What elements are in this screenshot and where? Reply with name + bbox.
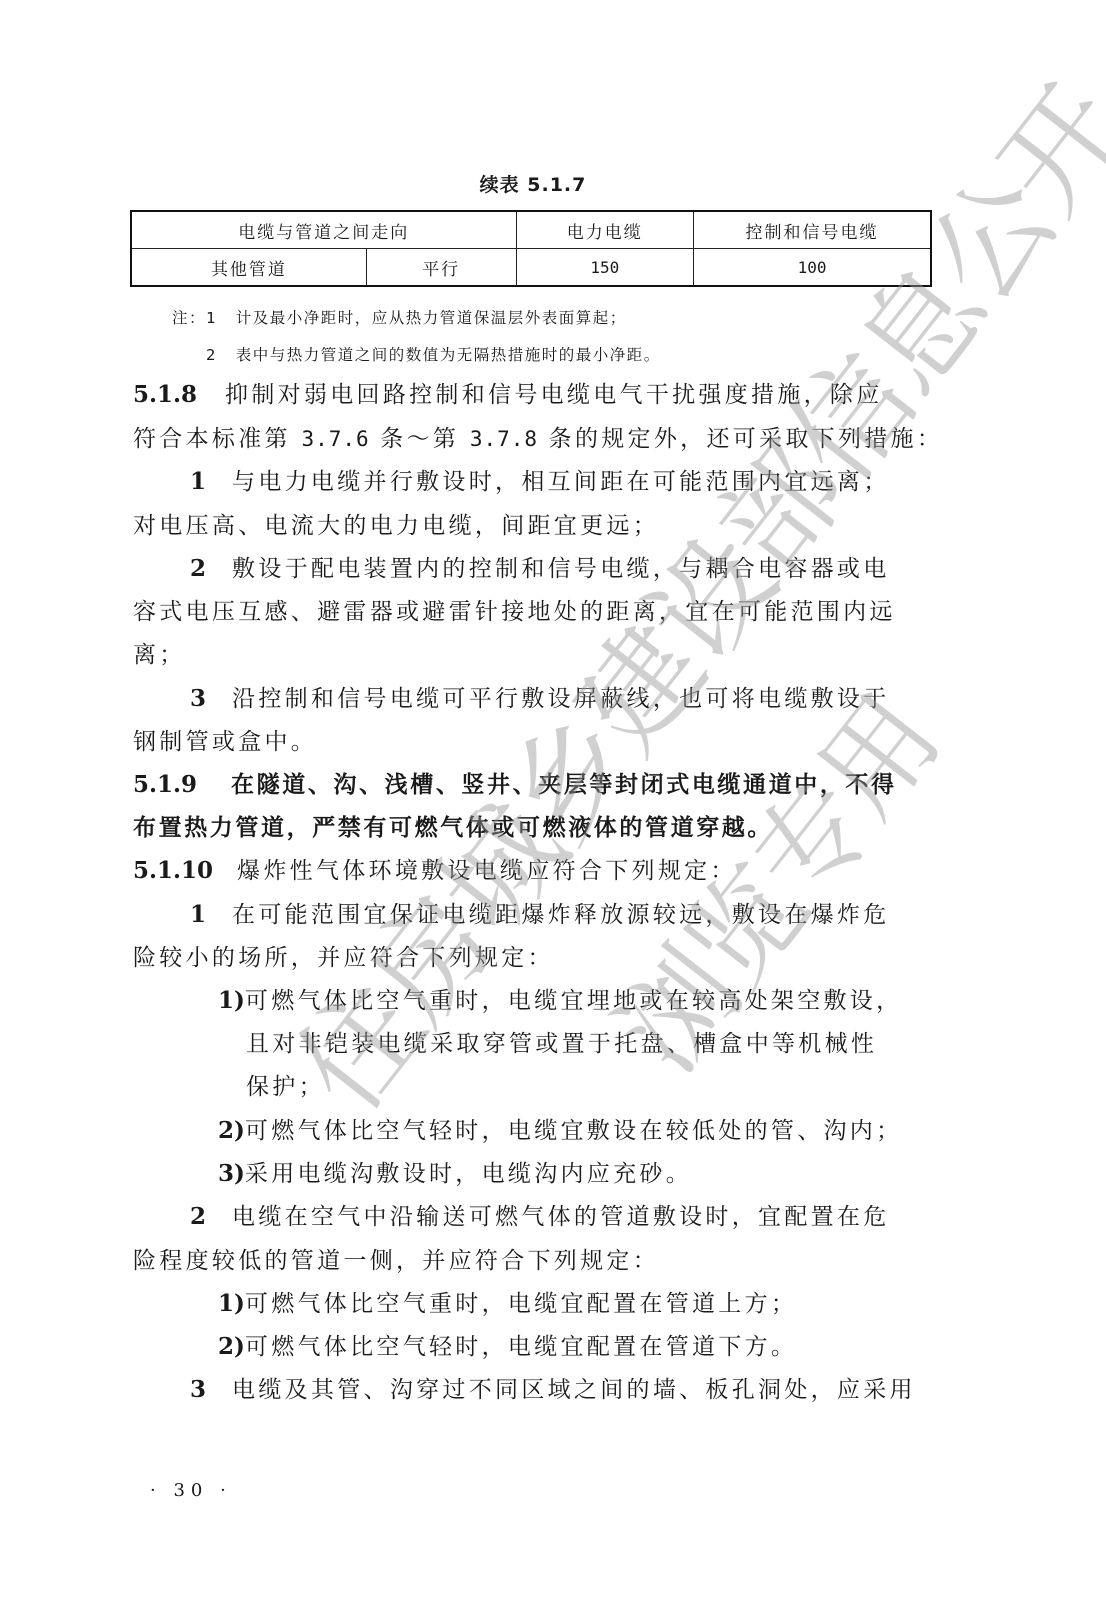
clause-number: 5.1.8: [133, 381, 197, 408]
cell-direction: 平行: [366, 249, 516, 287]
item-text: 电缆在空气中沿输送可燃气体的管道敷设时，宜配置在危: [232, 1204, 890, 1230]
item-text: 离；: [133, 642, 186, 668]
sub-item-number: 2): [218, 1333, 245, 1360]
clause-5-1-8: 5.1.8抑制对弱电回路控制和信号电缆电气干扰强度措施，除应: [133, 380, 933, 410]
item-number: 1: [190, 901, 206, 928]
sub-item-text: 采用电缆沟敷设时，电缆沟内应充砂。: [245, 1161, 692, 1187]
item-number: 3: [190, 1376, 206, 1403]
clause-text: 条～第: [380, 426, 459, 452]
sub-item-number: 1): [218, 987, 245, 1014]
sub-item-text: 保护；: [246, 1074, 325, 1100]
sub-item-number: 3): [218, 1160, 245, 1187]
cell-control-signal-cable: 100: [694, 249, 931, 287]
item-1-cont: 对电压高、电流大的电力电缆，间距宜更远；: [133, 511, 933, 541]
header-control-signal-cable: 控制和信号电缆: [694, 211, 931, 249]
item-number: 1: [190, 468, 206, 495]
page-number: · 30 ·: [150, 1480, 232, 1501]
table-note-2: 2 表中与热力管道之间的数值为无隔热措施时的最小净距。: [206, 343, 661, 365]
clause-text: 布置热力管道，严禁有可燃气体或可燃液体的管道穿越。: [133, 815, 773, 841]
header-direction: 电缆与管道之间走向: [131, 211, 516, 249]
item-3-cont: 钢制管或盒中。: [133, 727, 933, 757]
item-2-cont: 容式电压互感、避雷器或避雷针接地处的距离，宜在可能范围内远: [133, 597, 933, 627]
item-text: 沿控制和信号电缆可平行敷设屏蔽线，也可将电缆敷设于: [232, 686, 890, 712]
clause-5-1-8-cont: 符合本标准第 3.7.6 条～第 3.7.8 条的规定外，还可采取下列措施：: [133, 424, 933, 454]
sub-item-1: 1)可燃气体比空气重时，电缆宜配置在管道上方；: [218, 1289, 1018, 1319]
sub-item-1: 1)可燃气体比空气重时，电缆宜埋地或在较高处架空敷设，: [218, 986, 1018, 1016]
item-number: 2: [190, 1203, 206, 1230]
clause-text: 符合本标准第: [133, 426, 291, 452]
item-1: 1在可能范围宜保证电缆距爆炸释放源较远，敷设在爆炸危: [190, 900, 990, 930]
note-number: 2: [206, 346, 215, 364]
item-text: 险程度较低的管道一侧，并应符合下列规定：: [133, 1248, 659, 1274]
sub-item-2: 2)可燃气体比空气轻时，电缆宜敷设在较低处的管、沟内；: [218, 1116, 1018, 1146]
note-number: 1: [206, 309, 215, 327]
clause-text: 在隧道、沟、浅槽、竖井、夹层等封闭式电缆通道中，不得: [231, 772, 897, 798]
item-text: 敷设于配电装置内的控制和信号电缆，与耦合电容器或电: [232, 556, 890, 582]
item-text: 钢制管或盒中。: [133, 729, 317, 755]
clause-text: 条的规定外，还可采取下列措施：: [549, 426, 944, 452]
sub-item-2: 2)可燃气体比空气轻时，电缆宜配置在管道下方。: [218, 1332, 1018, 1362]
sub-item-1-cont2: 保护；: [246, 1072, 1046, 1102]
sub-item-number: 2): [218, 1117, 245, 1144]
item-text: 在可能范围宜保证电缆距爆炸释放源较远，敷设在爆炸危: [232, 902, 890, 928]
clause-5-1-10: 5.1.10爆炸性气体环境敷设电缆应符合下列规定：: [133, 856, 933, 886]
clause-5-1-9: 5.1.9在隧道、沟、浅槽、竖井、夹层等封闭式电缆通道中，不得: [133, 770, 933, 800]
sub-item-1-cont: 且对非铠装电缆采取穿管或置于托盘、槽盒中等机械性: [246, 1029, 1046, 1059]
item-2-cont2: 离；: [133, 640, 933, 670]
clause-5-1-9-cont: 布置热力管道，严禁有可燃气体或可燃液体的管道穿越。: [133, 813, 933, 843]
document-page: 续表 5.1.7 电缆与管道之间走向 电力电缆 控制和信号电缆 其他管道 平行 …: [0, 0, 1106, 1598]
sub-item-number: 1): [218, 1290, 245, 1317]
item-number: 2: [190, 555, 206, 582]
sub-item-3: 3)采用电缆沟敷设时，电缆沟内应充砂。: [218, 1159, 1018, 1189]
clause-text: 抑制对弱电回路控制和信号电缆电气干扰强度措施，除应: [225, 382, 883, 408]
clause-number: 5.1.9: [133, 771, 197, 798]
note-text: 计及最小净距时，应从热力管道保温层外表面算起；: [236, 309, 627, 327]
table-row: 其他管道 平行 150 100: [131, 249, 931, 287]
spacing-table: 电缆与管道之间走向 电力电缆 控制和信号电缆 其他管道 平行 150 100: [130, 210, 932, 287]
item-3: 3电缆及其管、沟穿过不同区域之间的墙、板孔洞处，应采用: [190, 1375, 990, 1405]
item-text: 电缆及其管、沟穿过不同区域之间的墙、板孔洞处，应采用: [232, 1377, 916, 1403]
note-text: 表中与热力管道之间的数值为无隔热措施时的最小净距。: [236, 346, 661, 364]
cell-power-cable: 150: [516, 249, 694, 287]
sub-item-text: 可燃气体比空气轻时，电缆宜敷设在较低处的管、沟内；: [245, 1118, 903, 1144]
clause-reference: 3.7.8: [470, 427, 538, 451]
item-1: 1与电力电缆并行敷设时，相互间距在可能范围内宜远离；: [190, 467, 990, 497]
clause-text: 爆炸性气体环境敷设电缆应符合下列规定：: [237, 858, 737, 884]
item-text: 险较小的场所，并应符合下列规定：: [133, 945, 554, 971]
table-note-1: 注：1 计及最小净距时，应从热力管道保温层外表面算起；: [172, 306, 627, 328]
header-power-cable: 电力电缆: [516, 211, 694, 249]
note-prefix: 注：: [172, 309, 206, 327]
sub-item-text: 可燃气体比空气重时，电缆宜配置在管道上方；: [245, 1291, 797, 1317]
item-text: 容式电压互感、避雷器或避雷针接地处的距离，宜在可能范围内远: [133, 599, 896, 625]
sub-item-text: 可燃气体比空气轻时，电缆宜配置在管道下方。: [245, 1334, 797, 1360]
item-2: 2电缆在空气中沿输送可燃气体的管道敷设时，宜配置在危: [190, 1202, 990, 1232]
sub-item-text: 且对非铠装电缆采取穿管或置于托盘、槽盒中等机械性: [246, 1031, 877, 1057]
sub-item-text: 可燃气体比空气重时，电缆宜埋地或在较高处架空敷设，: [245, 988, 903, 1014]
item-number: 3: [190, 685, 206, 712]
item-2: 2敷设于配电装置内的控制和信号电缆，与耦合电容器或电: [190, 554, 990, 584]
table-header-row: 电缆与管道之间走向 电力电缆 控制和信号电缆: [131, 211, 931, 249]
clause-reference: 3.7.6: [301, 427, 369, 451]
clause-number: 5.1.10: [133, 857, 213, 884]
item-text: 对电压高、电流大的电力电缆，间距宜更远；: [133, 513, 659, 539]
item-3: 3沿控制和信号电缆可平行敷设屏蔽线，也可将电缆敷设于: [190, 684, 990, 714]
item-text: 与电力电缆并行敷设时，相互间距在可能范围内宜远离；: [232, 469, 890, 495]
item-1-cont: 险较小的场所，并应符合下列规定：: [133, 943, 933, 973]
item-2-cont: 险程度较低的管道一侧，并应符合下列规定：: [133, 1246, 933, 1276]
table-caption: 续表 5.1.7: [0, 170, 1066, 197]
cell-pipe: 其他管道: [131, 249, 366, 287]
